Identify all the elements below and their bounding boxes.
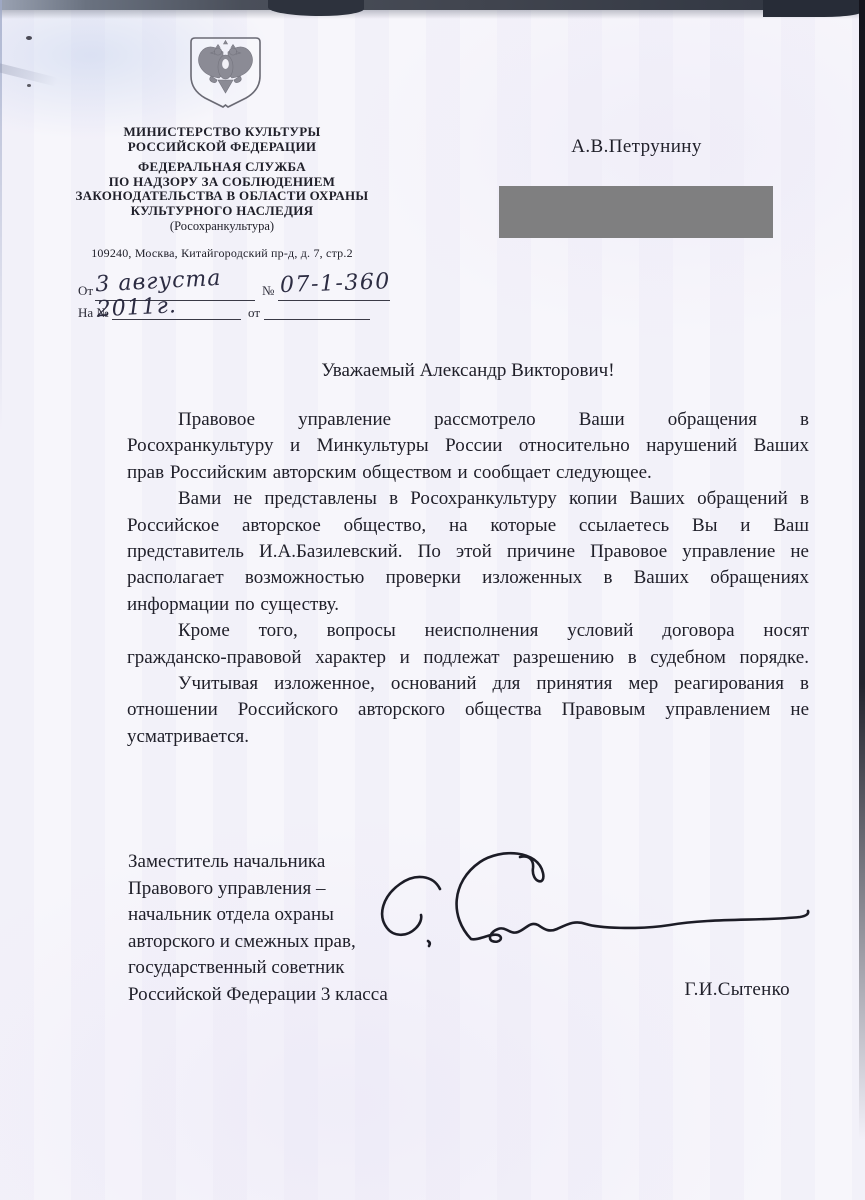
body-line: располагает возможностью проверки изложе… [127,565,809,591]
russia-coat-of-arms-icon [189,36,262,113]
ref-reply-label: На № [78,305,109,321]
redacted-address-box [499,186,773,238]
scan-right-edge-strip [859,0,865,1140]
scan-speck [26,36,32,40]
scan-top-edge-shadow [0,10,865,19]
position-line: Российской Федерации 3 класса [128,982,468,1009]
letter-body: Правовое управление рассмотрело Ваши обр… [127,407,809,750]
scanned-letter-page: МИНИСТЕРСТВО КУЛЬТУРЫ РОССИЙСКОЙ ФЕДЕРАЦ… [0,0,865,1200]
handwritten-number: 07-1-360 [280,269,401,298]
ref-from-label: От [78,283,93,299]
body-line: отношении Российского авторского обществ… [127,697,809,723]
service-short-name: (Росохранкультура) [48,219,396,234]
handwritten-date: 3 августа 2011г. [95,264,265,323]
body-line: информации по существу. [127,592,809,618]
ref-reply-from-label: от [248,305,260,321]
service-line: КУЛЬТУРНОГО НАСЛЕДИЯ [48,204,396,219]
scan-top-edge-blotch-right [763,0,865,17]
service-line: ФЕДЕРАЛЬНАЯ СЛУЖБА [48,160,396,175]
addressee-name: А.В.Петрунину [500,136,773,158]
body-line: усматривается. [127,724,809,750]
body-line: Российское авторское общество, на которы… [127,513,809,539]
service-name: ФЕДЕРАЛЬНАЯ СЛУЖБА ПО НАДЗОРУ ЗА СОБЛЮДЕ… [48,160,396,218]
body-line: Вами не представлены в Росохранкультуру … [127,486,809,512]
ref-number-underline [278,299,390,301]
body-line: Учитывая изложенное, оснований для приня… [127,671,809,697]
ref-reply-date-underline [264,318,370,320]
sender-postal-address: 109240, Москва, Китайгородский пр-д, д. … [40,246,404,261]
scan-speck [27,84,31,87]
service-line: ЗАКОНОДАТЕЛЬСТВА В ОБЛАСТИ ОХРАНЫ [48,189,396,204]
signer-name: Г.И.Сытенко [655,979,790,1001]
ref-reply-number-underline [112,318,241,320]
ref-number-label: № [262,283,274,299]
ministry-name: МИНИСТЕРСТВО КУЛЬТУРЫ РОССИЙСКОЙ ФЕДЕРАЦ… [48,124,396,154]
body-line: Кроме того, вопросы неисполнения условий… [127,618,809,644]
body-line: Росохранкультуру и Минкультуры России от… [127,433,809,459]
handwritten-signature [338,845,818,980]
body-line: прав Российским авторским обществом и со… [127,460,809,486]
salutation: Уважаемый Александр Викторович! [127,360,809,382]
ministry-line: МИНИСТЕРСТВО КУЛЬТУРЫ [48,124,396,139]
scan-streak [0,62,58,86]
scan-top-edge-band [0,0,865,10]
body-line: представитель И.А.Базилевский. По этой п… [127,539,809,565]
body-line: Правовое управление рассмотрело Ваши обр… [127,407,809,433]
ministry-line: РОССИЙСКОЙ ФЕДЕРАЦИИ [48,139,396,154]
body-line: гражданско-правовой характер и подлежат … [127,645,809,671]
service-line: ПО НАДЗОРУ ЗА СОБЛЮДЕНИЕМ [48,175,396,190]
